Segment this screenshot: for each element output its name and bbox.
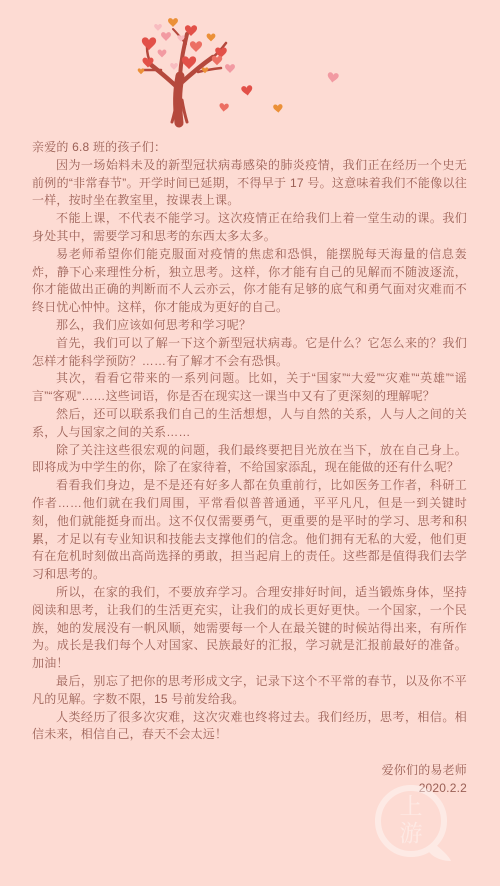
letter-body: 亲爱的 6.8 班的孩子们： 因为一场始料未及的新型冠状病毒感染的肺炎疫情，我们… [32, 139, 467, 798]
heart-icon [241, 85, 253, 96]
heart-icon [168, 18, 178, 27]
heart-icon [142, 37, 156, 50]
letter-paragraph: 因为一场始料未及的新型冠状病毒感染的肺炎疫情，我们正在经历一个史无前例的“非常春… [32, 157, 467, 210]
watermark-char-top: 上 [400, 793, 423, 819]
heart-icon [182, 56, 196, 69]
heart-icon [219, 103, 229, 112]
heart-icon [212, 56, 222, 65]
heart-icon [207, 34, 216, 42]
letter-paragraph: 那么，我们应该如何思考和学习呢？ [32, 317, 467, 335]
heart-icon [225, 64, 235, 73]
heart-icon [273, 104, 283, 113]
letter-paragraph: 易老师希望你们能克服面对疫情的焦虑和恐惧，能摆脱每天海量的信息轰炸，静下心来理性… [32, 246, 467, 317]
letter-paragraph: 除了关注这些很宏观的问题，我们最终要把目光放在当下，放在自己身上。即将成为中学生… [32, 442, 467, 478]
letter-signature: 爱你们的易老师 [32, 762, 467, 780]
watermark-char-bottom: 游 [400, 820, 423, 846]
letter-paragraph: 不能上课，不代表不能学习。这次疫情正在给我们上着一堂生动的课。我们身处其中，需要… [32, 210, 467, 246]
letter-paragraph: 然后，还可以联系我们自己的生活想想，人与自然的关系，人与人之间的关系，人与国家之… [32, 406, 467, 442]
floating-hearts [219, 72, 339, 113]
heart-icon [138, 68, 145, 74]
letter-paragraph: 首先，我们可以了解一下这个新型冠状病毒。它是什么？它怎么来的？我们怎样才能科学预… [32, 335, 467, 371]
shangyou-news-watermark: 上 游 [370, 780, 458, 868]
heart-icon [202, 67, 209, 73]
letter-salutation: 亲爱的 6.8 班的孩子们： [32, 139, 467, 157]
letter-paragraph: 人类经历了很多次灾难，这次灾难也终将过去。我们经历，思考，相信。相信未来，相信自… [32, 709, 467, 745]
letter-paragraph: 所以，在家的我们，不要放弃学习。合理安排好时间，适当锻炼身体，坚持阅读和思考，让… [32, 584, 467, 673]
letter-paragraph: 看看我们身边，是不是还有好多人都在负重前行，比如医务工作者，科研工作者……他们就… [32, 477, 467, 584]
heart-icon [154, 24, 162, 31]
letter-paragraph: 最后，别忘了把你的思考形成文字，记录下这个不平常的春节，以及你不平凡的见解。字数… [32, 673, 467, 709]
heart-icon [190, 41, 202, 52]
heart-icon [327, 72, 339, 83]
heart-icon [158, 50, 167, 58]
letter-paragraph: 其次，看看它带来的一系列问题。比如，关于“国家”“大爱”“灾难”“英雄”“谣言”… [32, 370, 467, 406]
heart-icon [170, 63, 178, 70]
heart-icon [161, 32, 171, 41]
heart-tree-illustration [0, 0, 500, 135]
letter-page: 亲爱的 6.8 班的孩子们： 因为一场始料未及的新型冠状病毒感染的肺炎疫情，我们… [0, 0, 500, 886]
